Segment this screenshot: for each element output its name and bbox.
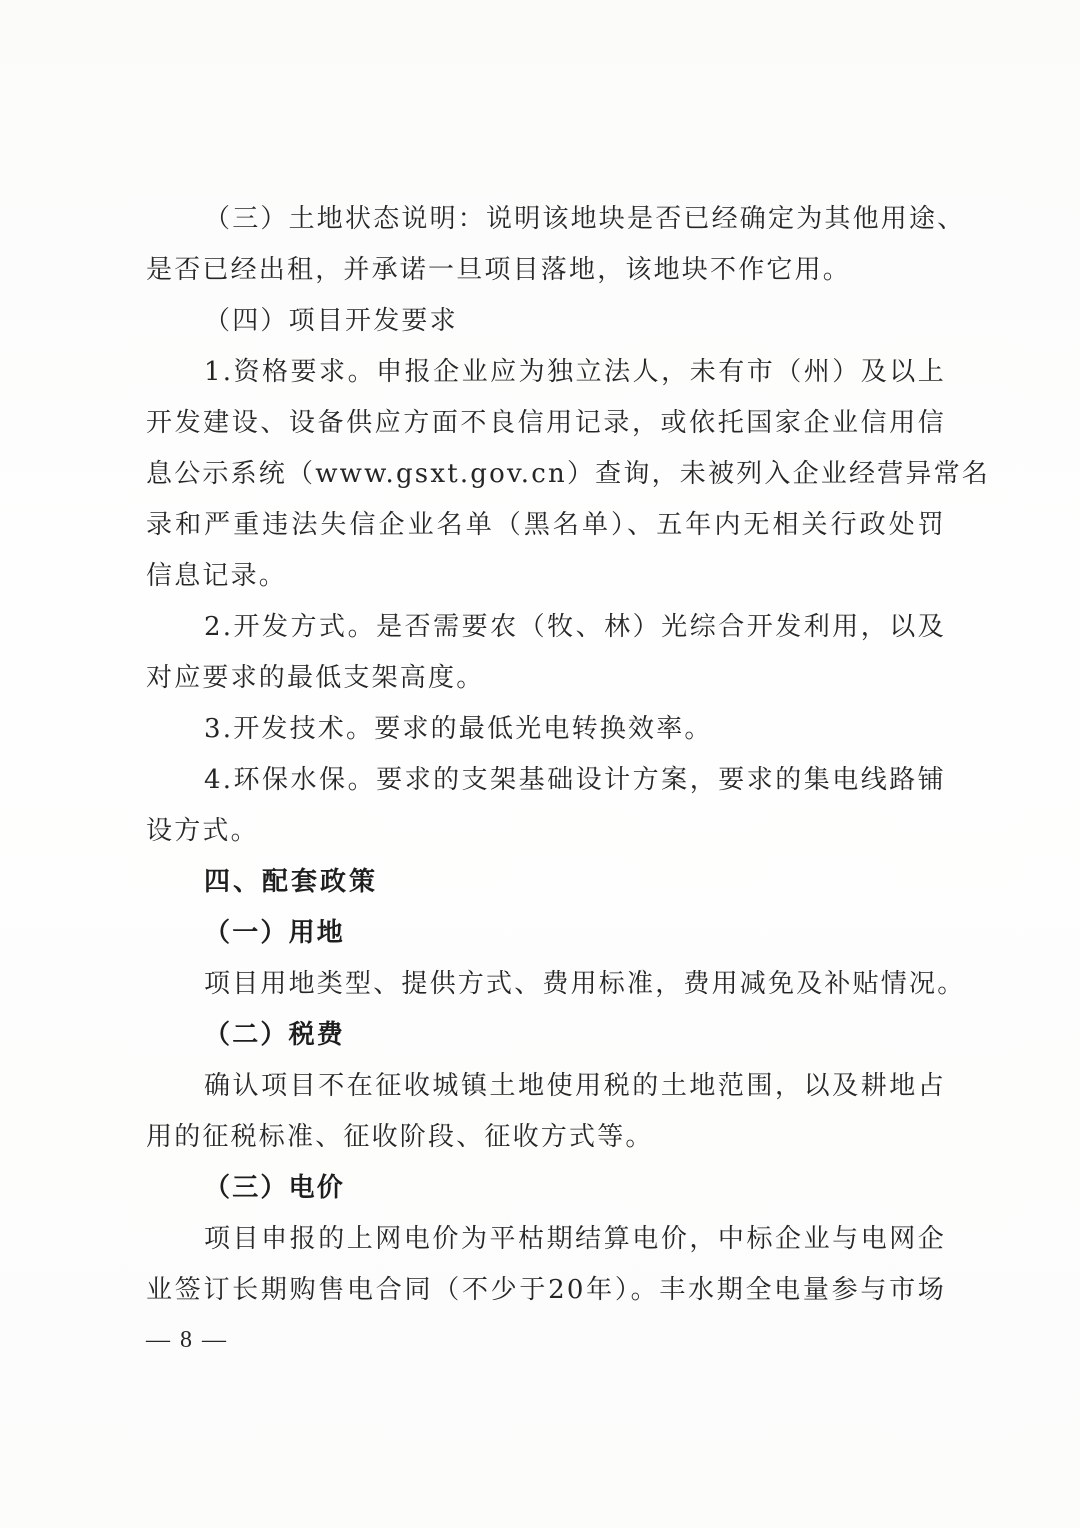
paragraph-qualification-line-1: 1.资格要求。申报企业应为独立法人，未有市（州）及以上 — [204, 357, 946, 387]
paragraph-land-status-line-2: 是否已经出租，并承诺一旦项目落地，该地块不作它用。 — [146, 255, 946, 285]
paragraph-qualification-line-3: 息公示系统（www.gsxt.gov.cn）查询，未被列入企业经营异常名 — [146, 459, 946, 489]
paragraph-dev-tech: 3.开发技术。要求的最低光电转换效率。 — [204, 714, 946, 744]
paragraph-env-line-1: 4.环保水保。要求的支架基础设计方案，要求的集电线路铺 — [204, 765, 946, 795]
paragraph-qualification-line-2: 开发建设、设备供应方面不良信用记录，或依托国家企业信用信 — [146, 408, 946, 438]
subheading-land-use: （一）用地 — [204, 918, 946, 948]
paragraph-env-line-2: 设方式。 — [146, 816, 946, 846]
paragraph-qualification-line-4: 录和严重违法失信企业名单（黑名单）、五年内无相关行政处罚 — [146, 510, 946, 540]
paragraph-dev-method-line-2: 对应要求的最低支架高度。 — [146, 663, 946, 693]
paragraph-taxes-line-2: 用的征税标准、征收阶段、征收方式等。 — [146, 1122, 946, 1152]
paragraph-taxes-line-1: 确认项目不在征收城镇土地使用税的土地范围，以及耕地占 — [204, 1071, 946, 1101]
subheading-taxes: （二）税费 — [204, 1020, 946, 1050]
paragraph-price-line-2: 业签订长期购售电合同（不少于20年）。丰水期全电量参与市场 — [146, 1275, 946, 1305]
subheading-electricity-price: （三）电价 — [204, 1173, 946, 1203]
page-number: — 8 — — [146, 1325, 228, 1355]
paragraph-land-use: 项目用地类型、提供方式、费用标准，费用减免及补贴情况。 — [204, 969, 946, 999]
section-heading-supporting-policies: 四、配套政策 — [204, 867, 946, 897]
paragraph-dev-method-line-1: 2.开发方式。是否需要农（牧、林）光综合开发利用，以及 — [204, 612, 946, 642]
subheading-project-requirements: （四）项目开发要求 — [204, 306, 946, 336]
paragraph-price-line-1: 项目申报的上网电价为平枯期结算电价，中标企业与电网企 — [204, 1224, 946, 1254]
paragraph-land-status-line-1: （三）土地状态说明：说明该地块是否已经确定为其他用途、 — [204, 204, 946, 234]
paragraph-qualification-line-5: 信息记录。 — [146, 561, 946, 591]
document-page: （三）土地状态说明：说明该地块是否已经确定为其他用途、 是否已经出租，并承诺一旦… — [0, 0, 1080, 1528]
